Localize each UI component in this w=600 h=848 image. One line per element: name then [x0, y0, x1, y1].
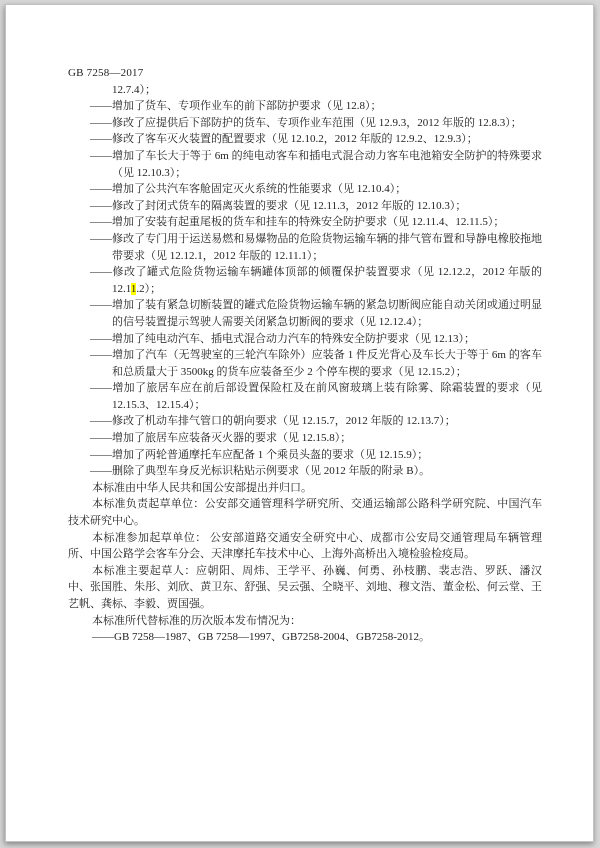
change-item: ——增加了装有紧急切断装置的罐式危险货物运输车辆的紧急切断阀应能自动关闭或通过明…	[68, 297, 542, 330]
main-drafters-paragraph: 本标准主要起草人：应朝阳、周炜、王学平、孙巍、何勇、孙枝鹏、裴志浩、罗跃、潘汉中…	[68, 563, 542, 613]
participating-drafting-orgs-paragraph: 本标准参加起草单位： 公安部道路交通安全研究中心、成都市公安局交通管理局车辆管理…	[68, 530, 542, 563]
superseded-versions-line: ——GB 7258—1987、GB 7258—1997、GB7258-2004、…	[68, 629, 542, 646]
page-content: GB 7258—2017 12.7.4）； ——增加了货车、专项作业车的前下部防…	[68, 65, 542, 646]
change-item: ——增加了旅居车应在前后部设置保险杠及在前风窗玻璃上装有除雾、除霜装置的要求（见…	[68, 380, 542, 413]
change-item: ——修改了应提供后下部防护的货车、专项作业车范围（见 12.9.3，2012 年…	[68, 115, 542, 132]
standard-number: GB 7258—2017	[68, 65, 542, 82]
scanned-document: GB 7258—2017 12.7.4）； ——增加了货车、专项作业车的前下部防…	[0, 0, 600, 848]
responsible-drafting-orgs-paragraph: 本标准负责起草单位：公安部交通管理科学研究所、交通运输部公路科学研究院、中国汽车…	[68, 496, 542, 529]
change-item-text-post: .2）；	[136, 283, 161, 295]
change-item: ——删除了典型车身反光标识粘贴示例要求（见 2012 年版的附录 B）。	[68, 463, 542, 480]
change-item: ——增加了两轮普通摩托车应配备 1 个乘员头盔的要求（见 12.15.9）；	[68, 447, 542, 464]
change-item: ——增加了安装有起重尾板的货车和挂车的特殊安全防护要求（见 12.11.4、12…	[68, 214, 542, 231]
change-item: ——增加了货车、专项作业车的前下部防护要求（见 12.8）；	[68, 98, 542, 115]
document-page: GB 7258—2017 12.7.4）； ——增加了货车、专项作业车的前下部防…	[5, 4, 594, 842]
version-history-intro-paragraph: 本标准所代替标准的历次版本发布情况为：	[68, 613, 542, 630]
change-item: ——修改了客车灭火装置的配置要求（见 12.10.2，2012 年版的 12.9…	[68, 131, 542, 148]
change-item: ——修改了专门用于运送易燃和易爆物品的危险货物运输车辆的排气管布置和导静电橡胶拖…	[68, 231, 542, 264]
change-item: ——修改了封闭式货车的隔离装置的要求（见 12.11.3，2012 年版的 12…	[68, 198, 542, 215]
issuing-body-paragraph: 本标准由中华人民共和国公安部提出并归口。	[68, 480, 542, 497]
carryover-line: 12.7.4）；	[68, 82, 542, 99]
change-item: ——增加了车长大于等于 6m 的纯电动客车和插电式混合动力客车电池箱安全防护的特…	[68, 148, 542, 181]
change-item: ——修改了机动车排气管口的朝向要求（见 12.15.7，2012 年版的 12.…	[68, 413, 542, 430]
change-item: ——增加了旅居车应装备灭火器的要求（见 12.15.8）；	[68, 430, 542, 447]
change-item-with-highlight: ——修改了罐式危险货物运输车辆罐体顶部的倾覆保护装置要求（见 12.12.2，2…	[68, 264, 542, 297]
change-item: ——增加了纯电动汽车、插电式混合动力汽车的特殊安全防护要求（见 12.13）；	[68, 331, 542, 348]
change-item: ——增加了汽车（无驾驶室的三轮汽车除外）应装备 1 件反光背心及车长大于等于 6…	[68, 347, 542, 380]
change-item: ——增加了公共汽车客舱固定灭火系统的性能要求（见 12.10.4）；	[68, 181, 542, 198]
